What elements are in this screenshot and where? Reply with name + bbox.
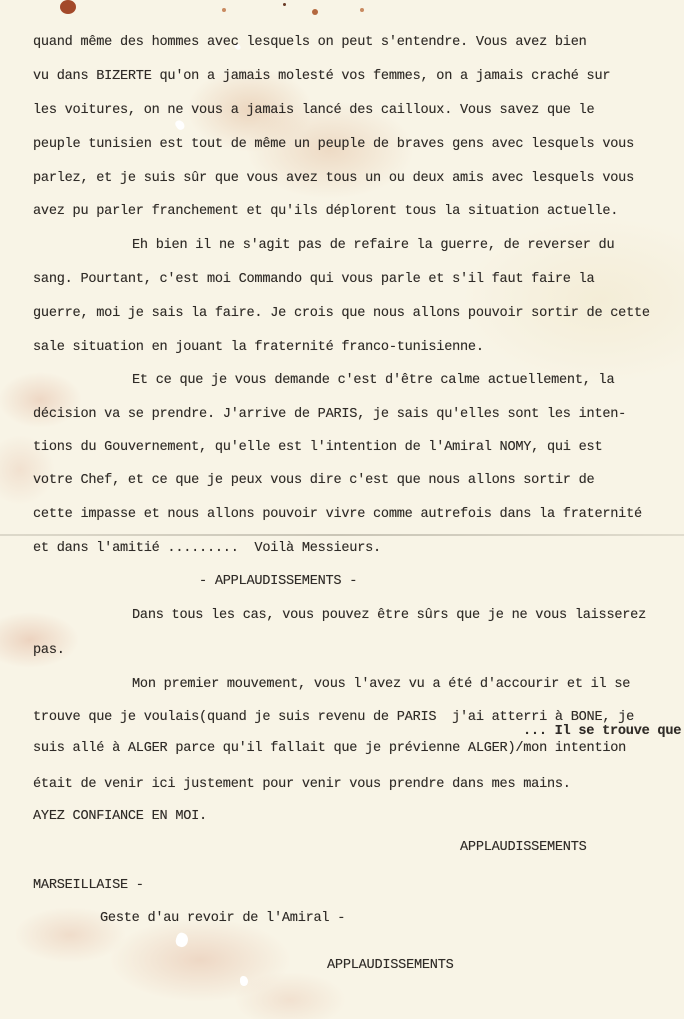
text-line: décision va se prendre. J'arrive de PARI… [33,407,626,423]
paragraph-start: Eh bien il ne s'agit pas de refaire la g… [132,238,614,254]
ink-spot [60,0,76,14]
text-line: vu dans BIZERTE qu'on a jamais molesté v… [33,69,610,85]
stage-direction-applause: APPLAUDISSEMENTS [327,958,454,974]
text-line: pas. [33,643,65,659]
text-line: sang. Pourtant, c'est moi Commando qui v… [33,272,594,288]
paragraph-start: Mon premier mouvement, vous l'avez vu a … [132,677,630,693]
text-line: et dans l'amitié ......... Voilà Messieu… [33,541,381,557]
stain-spot [360,8,364,12]
stain-spot [283,3,286,6]
text-line: parlez, et je suis sûr que vous avez tou… [33,171,634,187]
handwritten-insertion: ... Il se trouve que [523,724,681,740]
text-line: sale situation en jouant la fraternité f… [33,340,484,356]
text-line: guerre, moi je sais la faire. Je crois q… [33,306,650,322]
fold-crease [0,534,684,536]
text-line: avez pu parler franchement et qu'ils dép… [33,204,618,220]
text-line: suis allé à ALGER parce qu'il fallait qu… [33,741,626,757]
stage-direction-marseillaise: MARSEILLAISE - [33,878,144,894]
stain-spot [222,8,226,12]
text-line: était de venir ici justement pour venir … [33,777,571,793]
text-line: quand même des hommes avec lesquels on p… [33,35,587,51]
text-line: votre Chef, et ce que je peux vous dire … [33,473,594,489]
text-line: tions du Gouvernement, qu'elle est l'int… [33,440,602,456]
paragraph-start: Et ce que je vous demande c'est d'être c… [132,373,614,389]
paragraph-start: Dans tous les cas, vous pouvez être sûrs… [132,608,646,624]
stage-direction-farewell: Geste d'au revoir de l'Amiral - [100,911,345,927]
text-line: cette impasse et nous allons pouvoir viv… [33,507,642,523]
stage-direction-applause: APPLAUDISSEMENTS [460,840,587,856]
paper-hole [240,976,248,986]
text-line: les voitures, on ne vous a jamais lancé … [33,103,594,119]
stain-spot [312,9,318,15]
stage-direction-applause: - APPLAUDISSEMENTS - [199,574,357,590]
text-line: peuple tunisien est tout de même un peup… [33,137,634,153]
emphasis-line: AYEZ CONFIANCE EN MOI. [33,809,207,825]
